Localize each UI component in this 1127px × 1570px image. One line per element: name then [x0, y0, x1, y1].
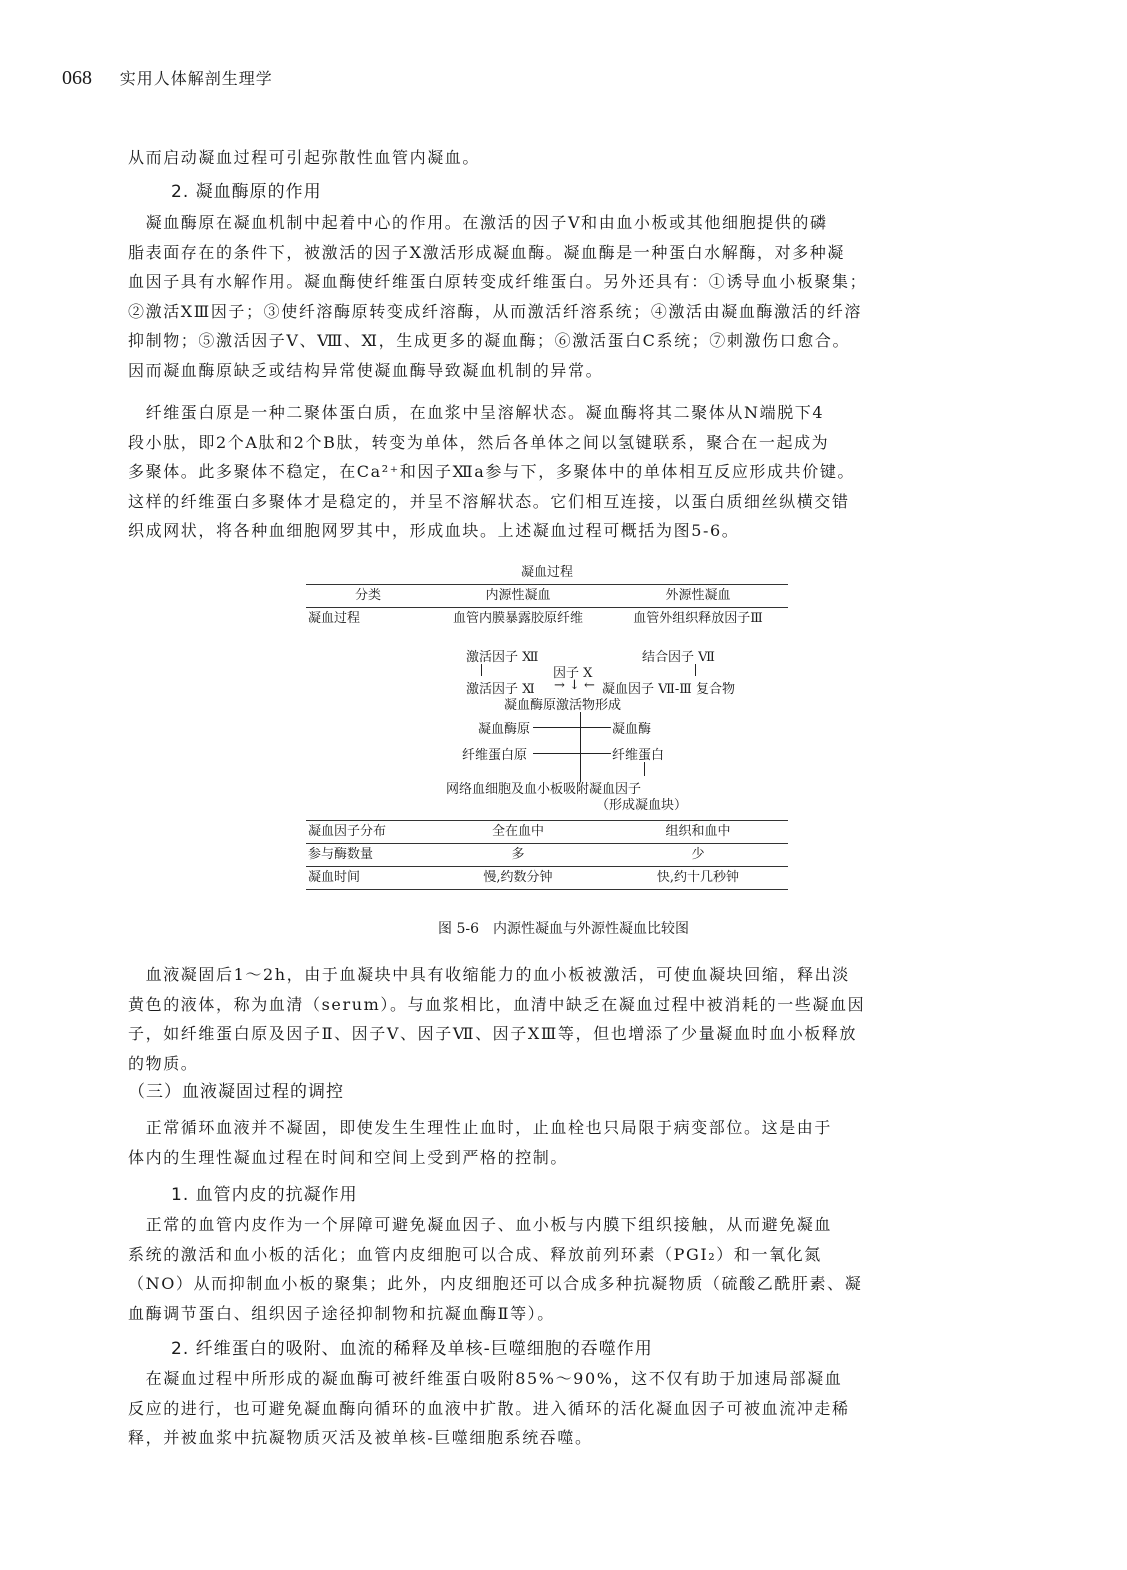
text-line: 黄色的液体，称为血清（serum）。与血浆相比，血清中缺乏在凝血过程中被消耗的一…: [128, 990, 998, 1020]
text-line: 多聚体。此多聚体不稳定，在Ca²⁺和因子Ⅻa参与下，多聚体中的单体相互反应形成共…: [128, 457, 998, 487]
text-line: 纤维蛋白原是一种二聚体蛋白质，在血浆中呈溶解状态。凝血酶将其二聚体从N端脱下4: [128, 398, 998, 428]
text-line: 体内的生理性凝血过程在时间和空间上受到严格的控制。: [128, 1143, 998, 1173]
table-row: 凝血因子分布 全在血中 组织和血中: [306, 821, 788, 843]
arrow-right-icon: [533, 753, 611, 754]
table-cell: 凝血因子分布: [306, 821, 428, 843]
header-cell: 分类: [306, 585, 428, 607]
table-row: 参与酶数量 多 少: [306, 844, 788, 866]
paragraph: 纤维蛋白原是一种二聚体蛋白质，在血浆中呈溶解状态。凝血酶将其二聚体从N端脱下4 …: [128, 398, 998, 546]
flow-node: 纤维蛋白: [612, 744, 664, 763]
text-line: 在凝血过程中所形成的凝血酶可被纤维蛋白吸附85%～90%，这不仅有助于加速局部凝…: [128, 1364, 998, 1394]
header-cell: 外源性凝血: [608, 585, 788, 607]
paragraph: 从而启动凝血过程可引起弥散性血管内凝血。: [128, 143, 998, 173]
book-title: 实用人体解剖生理学: [120, 69, 273, 88]
section-heading: 2. 纤维蛋白的吸附、血流的稀释及单核-巨噬细胞的吞噬作用: [171, 1334, 653, 1359]
table-cell: 凝血时间: [306, 867, 428, 889]
section-heading: 2. 凝血酶原的作用: [171, 177, 322, 202]
paragraph: 在凝血过程中所形成的凝血酶可被纤维蛋白吸附85%～90%，这不仅有助于加速局部凝…: [128, 1364, 998, 1453]
paragraph: 正常的血管内皮作为一个屏障可避免凝血因子、血小板与内膜下组织接触，从而避免凝血 …: [128, 1210, 998, 1328]
text-line: 织成网状，将各种血细胞网罗其中，形成血块。上述凝血过程可概括为图5-6。: [128, 516, 998, 546]
arrow-down-icon: [481, 664, 482, 676]
flow-node: 激活因子 Ⅻ: [466, 646, 538, 665]
table-row: 凝血过程 血管内膜暴露胶原纤维 血管外组织释放因子Ⅲ: [306, 608, 788, 630]
page-number: 068: [62, 67, 92, 89]
section-heading: （三）血液凝固过程的调控: [128, 1077, 344, 1102]
flow-node: 凝血因子 Ⅶ-Ⅲ 复合物: [602, 678, 735, 697]
figure-title: 凝血过程: [306, 562, 788, 584]
text-line: 凝血酶原在凝血机制中起着中心的作用。在激活的因子Ⅴ和由血小板或其他细胞提供的磷: [128, 208, 998, 238]
table-cell: 少: [608, 844, 788, 866]
text-line: 的物质。: [128, 1049, 998, 1079]
text-line: 这样的纤维蛋白多聚体才是稳定的，并呈不溶解状态。它们相互连接，以蛋白质细丝纵横交…: [128, 487, 998, 517]
header-cell: 内源性凝血: [428, 585, 608, 607]
page-header: 068 实用人体解剖生理学: [62, 66, 273, 90]
figure-caption: 图 5-6 内源性凝血与外源性凝血比较图: [0, 918, 1127, 938]
text-line: ②激活ⅩⅢ因子；③使纤溶酶原转变成纤溶酶，从而激活纤溶系统；④激活由凝血酶激活的…: [128, 297, 998, 327]
text-line: 正常的血管内皮作为一个屏障可避免凝血因子、血小板与内膜下组织接触，从而避免凝血: [128, 1210, 998, 1240]
flow-node: 凝血酶: [612, 718, 651, 737]
text-line: 因而凝血酶原缺乏或结构异常使凝血酶导致凝血机制的异常。: [128, 356, 998, 386]
flow-node: 结合因子 Ⅶ: [642, 646, 715, 665]
text-line: 从而启动凝血过程可引起弥散性血管内凝血。: [128, 143, 998, 173]
text-line: 正常循环血液并不凝固，即使发生生理性止血时，止血栓也只局限于病变部位。这是由于: [128, 1113, 998, 1143]
paragraph: 凝血酶原在凝血机制中起着中心的作用。在激活的因子Ⅴ和由血小板或其他细胞提供的磷 …: [128, 208, 998, 385]
text-line: 抑制物；⑤激活因子Ⅴ、Ⅷ、Ⅺ，生成更多的凝血酶；⑥激活蛋白C系统；⑦刺激伤口愈合…: [128, 326, 998, 356]
text-line: 脂表面存在的条件下，被激活的因子Ⅹ激活形成凝血酶。凝血酶是一种蛋白水解酶，对多种…: [128, 238, 998, 268]
text-line: 释，并被血浆中抗凝物质灭活及被单核-巨噬细胞系统吞噬。: [128, 1423, 998, 1453]
flow-node: 纤维蛋白原: [462, 744, 527, 763]
paragraph: 血液凝固后1～2h，由于血凝块中具有收缩能力的血小板被激活，可使血凝块回缩，释出…: [128, 960, 998, 1078]
table-cell: 血管内膜暴露胶原纤维: [428, 608, 608, 630]
figure-5-6: 凝血过程 分类 内源性凝血 外源性凝血 凝血过程 血管内膜暴露胶原纤维 血管外组…: [306, 562, 788, 890]
coagulation-flow-diagram: 激活因子 Ⅻ 结合因子 Ⅶ 因子 Ⅹ 激活因子 Ⅺ → ↓ ← 凝血因子 Ⅶ-Ⅲ…: [306, 630, 788, 820]
text-line: 血酶调节蛋白、组织因子途径抑制物和抗凝血酶Ⅱ等）。: [128, 1299, 998, 1329]
arrow-down-icon: [695, 664, 696, 676]
text-line: 子，如纤维蛋白原及因子Ⅱ、因子Ⅴ、因子Ⅶ、因子ⅩⅢ等，但也增添了少量凝血时血小板…: [128, 1019, 998, 1049]
table-cell: 快,约十几秒钟: [608, 867, 788, 889]
arrow-right-icon: [533, 727, 611, 728]
arrow-down-icon: [580, 712, 581, 782]
text-line: 段小肽，即2个A肽和2个B肽，转变为单体，然后各单体之间以氢键联系，聚合在一起成…: [128, 428, 998, 458]
flow-node: 凝血酶原激活物形成: [504, 694, 621, 713]
text-line: （NO）从而抑制血小板的聚集；此外，内皮细胞还可以合成多种抗凝物质（硫酸乙酰肝素…: [128, 1269, 998, 1299]
table-cell: 全在血中: [428, 821, 608, 843]
table-header-row: 分类 内源性凝血 外源性凝血: [306, 585, 788, 607]
table-cell: 多: [428, 844, 608, 866]
table-cell: 参与酶数量: [306, 844, 428, 866]
table-cell: 血管外组织释放因子Ⅲ: [608, 608, 788, 630]
text-line: 反应的进行，也可避免凝血酶向循环的血液中扩散。进入循环的活化凝血因子可被血流冲走…: [128, 1394, 998, 1424]
text-line: 血液凝固后1～2h，由于血凝块中具有收缩能力的血小板被激活，可使血凝块回缩，释出…: [128, 960, 998, 990]
paragraph: 正常循环血液并不凝固，即使发生生理性止血时，止血栓也只局限于病变部位。这是由于 …: [128, 1113, 998, 1172]
table-cell: 慢,约数分钟: [428, 867, 608, 889]
arrow-down-icon: [644, 762, 645, 776]
arrow-right-icon: → ↓ ←: [554, 678, 595, 693]
table-cell: 组织和血中: [608, 821, 788, 843]
section-heading: 1. 血管内皮的抗凝作用: [171, 1180, 358, 1205]
flow-node: 凝血酶原: [478, 718, 530, 737]
table-row: 凝血时间 慢,约数分钟 快,约十几秒钟: [306, 867, 788, 889]
flow-node: （形成凝血块）: [596, 794, 687, 813]
table-rule: [306, 889, 788, 890]
text-line: 系统的激活和血小板的活化；血管内皮细胞可以合成、释放前列环素（PGI₂）和一氧化…: [128, 1240, 998, 1270]
text-line: 血因子具有水解作用。凝血酶使纤维蛋白原转变成纤维蛋白。另外还具有：①诱导血小板聚…: [128, 267, 998, 297]
table-cell: 凝血过程: [306, 608, 428, 630]
